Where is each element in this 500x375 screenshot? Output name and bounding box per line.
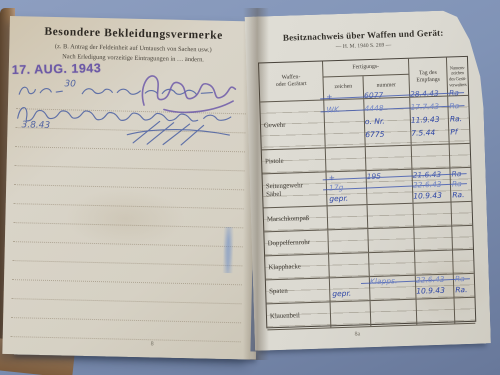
ink-smudge <box>222 227 234 273</box>
rule-line <box>12 260 242 266</box>
rule-line <box>14 184 244 190</box>
row-label: Doppelfernrohr <box>264 230 329 255</box>
left-page: Besondere Bekleidungsvermerke (z. B. Ant… <box>2 16 258 360</box>
rule-line <box>12 279 242 285</box>
rule-line <box>12 298 242 304</box>
handwriting-flourish <box>125 117 236 149</box>
header-nummer: nummer <box>363 75 409 98</box>
table-cell <box>450 168 471 202</box>
table-cell <box>371 300 418 326</box>
row-label: Klauenbeil <box>267 302 332 329</box>
row-label: Gewehr <box>260 100 325 149</box>
table-cell <box>410 97 449 145</box>
table-cell <box>366 170 413 204</box>
table-cell <box>452 226 473 250</box>
right-page-number: 8a <box>355 331 361 337</box>
row-label: Spaten <box>266 278 331 303</box>
row-label: Marschkompaß <box>264 206 329 231</box>
right-page: Besitznachweis über Waffen und Gerät: — … <box>245 9 491 350</box>
table-cell <box>454 274 475 298</box>
table-cell <box>330 277 371 301</box>
table-cell <box>417 298 456 324</box>
table-cell <box>364 98 411 146</box>
table-cell <box>412 168 451 202</box>
rule-line <box>11 336 241 342</box>
table-cell <box>368 204 415 228</box>
table-cell <box>416 274 455 298</box>
table-cell <box>448 96 469 144</box>
table-cell <box>324 99 365 147</box>
paper-stain <box>65 187 186 250</box>
table-cell <box>326 171 367 205</box>
header-fertigungs-group: Fertigungs- zeichen nummer <box>323 59 410 100</box>
rule-line <box>13 222 243 228</box>
table-cell <box>452 202 473 226</box>
table-cell <box>329 253 370 277</box>
ruled-lines <box>10 16 258 22</box>
row-label: Seitengewehr Säbel <box>263 172 328 207</box>
table-header: Waffen- oder Gerätart Fertigungs- zeiche… <box>259 57 468 103</box>
table-cell <box>368 228 415 252</box>
date-stamp: 17. AUG. 1943 <box>12 61 102 77</box>
row-label: Klapphacke <box>265 254 330 279</box>
table-cell <box>370 276 417 300</box>
header-zeichen: zeichen <box>324 76 365 99</box>
rule-line <box>11 317 241 323</box>
left-page-title: Besondere Bekleidungsvermerke <box>10 25 258 43</box>
table-cell <box>328 205 369 229</box>
table-cell <box>331 301 372 327</box>
photo-background: Besondere Bekleidungsvermerke (z. B. Ant… <box>0 0 500 375</box>
table-cell <box>328 229 369 253</box>
rule-line <box>14 203 244 209</box>
row-label: Pistole <box>262 148 327 173</box>
table-cell <box>326 147 367 171</box>
left-page-number: 8 <box>151 341 154 347</box>
signature-scrawl <box>136 67 237 115</box>
table-row-gewehr: Gewehr <box>260 96 469 151</box>
table-cell <box>414 202 453 226</box>
table-cell <box>414 226 453 250</box>
header-tag-des-empfangs: Tag des Empfangs <box>409 58 448 97</box>
rule-line <box>15 165 245 171</box>
weapons-table: Waffen- oder Gerätart Fertigungs- zeiche… <box>258 56 476 328</box>
table-cell <box>455 298 476 324</box>
table-cell <box>412 145 451 169</box>
table-cell <box>415 250 454 274</box>
table-cell <box>366 146 413 170</box>
table-cell <box>450 144 471 168</box>
header-namenszeichen: Namens- zeichen des Gerät- verwalters <box>447 57 468 96</box>
table-row-klauenbeil: Klauenbeil <box>267 298 476 331</box>
header-waffenart: Waffen- oder Gerätart <box>259 61 324 101</box>
table-cell <box>453 250 474 274</box>
table-cell <box>369 252 416 276</box>
rule-line <box>13 241 243 247</box>
handwriting-date: 3.8.43 <box>21 120 50 131</box>
handwriting-amount: 30 <box>64 79 76 89</box>
